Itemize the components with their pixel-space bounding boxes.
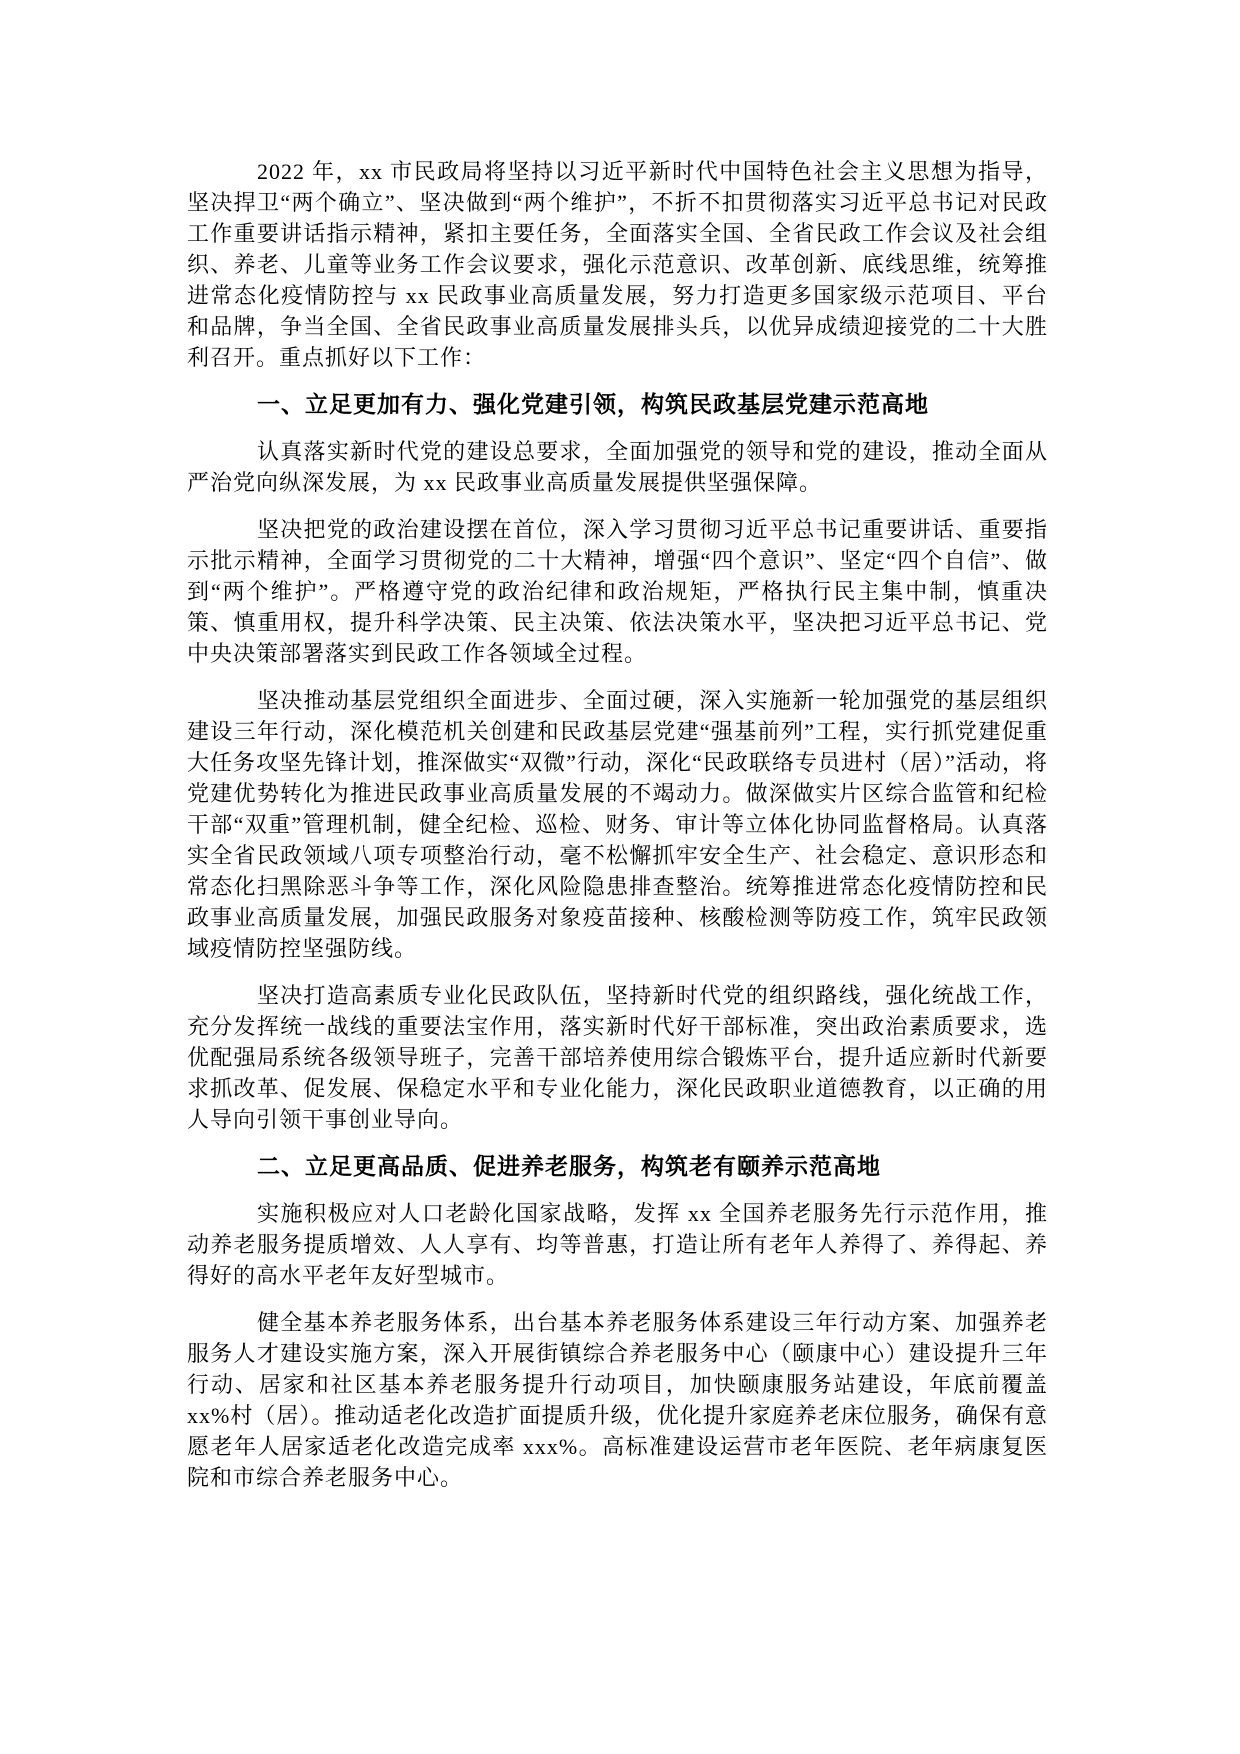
document-content: 2022 年，xx 市民政局将坚持以习近平新时代中国特色社会主义思想为指导，坚决…: [187, 156, 1048, 1493]
section-1-paragraph-3: 坚决推动基层党组织全面进步、全面过硬，深入实施新一轮加强党的基层组织建设三年行动…: [187, 685, 1048, 964]
intro-paragraph: 2022 年，xx 市民政局将坚持以习近平新时代中国特色社会主义思想为指导，坚决…: [187, 156, 1048, 373]
section-1-heading: 一、立足更加有力、强化党建引领，构筑民政基层党建示范高地: [187, 389, 1048, 420]
section-2-heading: 二、立足更高品质、促进养老服务，构筑老有颐养示范高地: [187, 1151, 1048, 1182]
section-2-paragraph-1: 实施积极应对人口老龄化国家战略，发挥 xx 全国养老服务先行示范作用，推动养老服…: [187, 1198, 1048, 1291]
section-2-paragraph-2: 健全基本养老服务体系，出台基本养老服务体系建设三年行动方案、加强养老服务人才建设…: [187, 1307, 1048, 1493]
section-1-paragraph-2: 坚决把党的政治建设摆在首位，深入学习贯彻习近平总书记重要讲话、重要指示批示精神，…: [187, 514, 1048, 669]
section-1-paragraph-4: 坚决打造高素质专业化民政队伍，坚持新时代党的组织路线，强化统战工作，充分发挥统一…: [187, 980, 1048, 1135]
document-page: 2022 年，xx 市民政局将坚持以习近平新时代中国特色社会主义思想为指导，坚决…: [0, 0, 1240, 1754]
section-1-paragraph-1: 认真落实新时代党的建设总要求，全面加强党的领导和党的建设，推动全面从严治党向纵深…: [187, 436, 1048, 498]
